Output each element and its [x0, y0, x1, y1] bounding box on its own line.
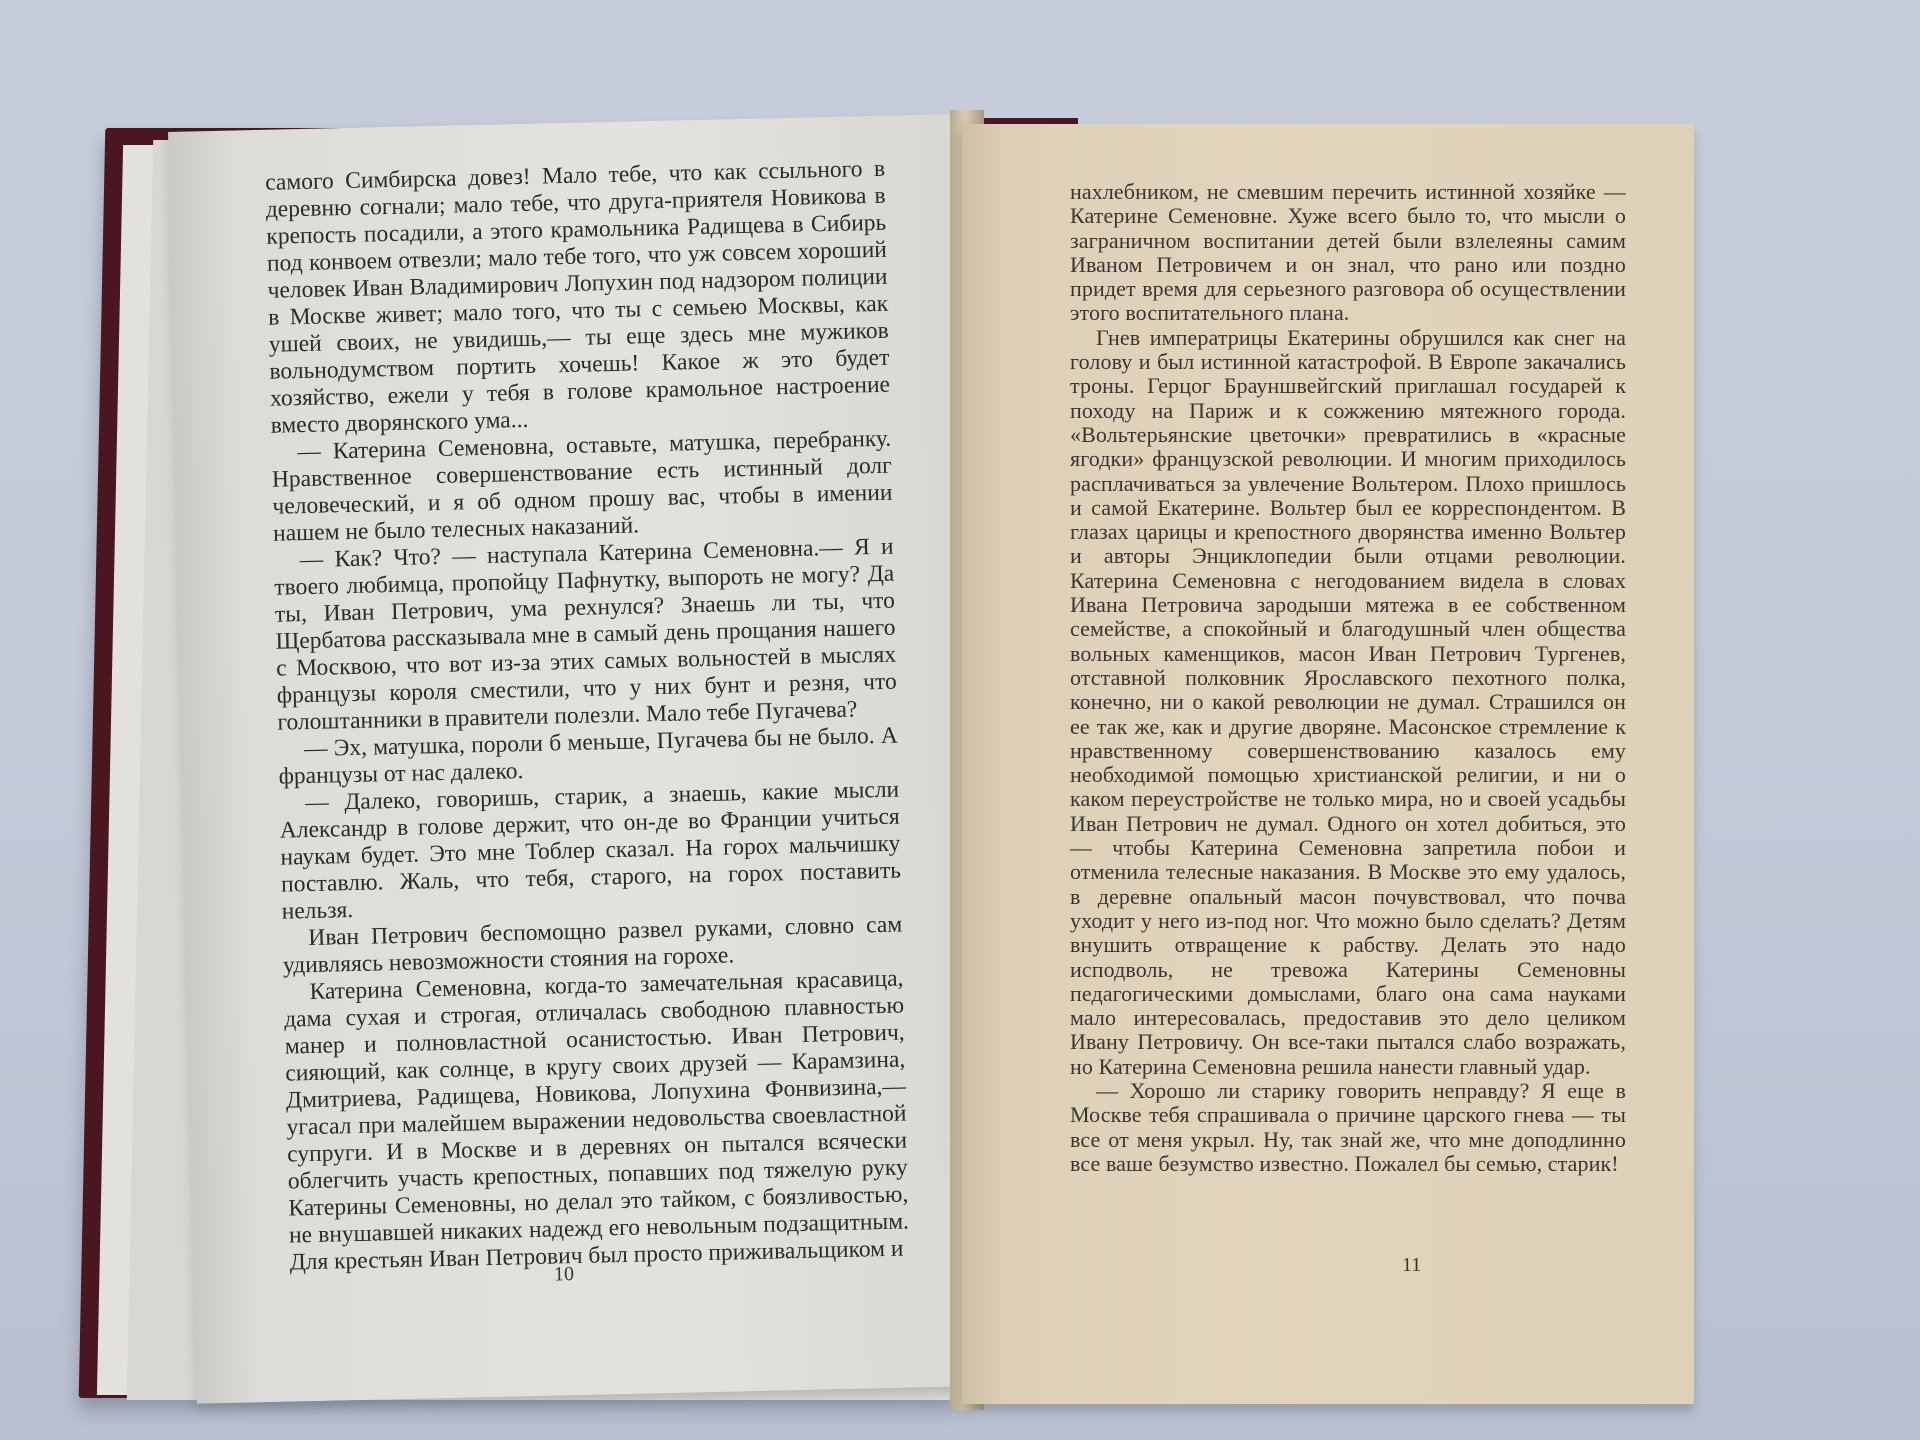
- paragraph: нахлебником, не смевшим перечить истинно…: [1070, 180, 1626, 326]
- paragraph: Катерина Семеновна, когда-то замечательн…: [283, 966, 910, 1277]
- right-page-text: нахлебником, не смевшим перечить истинно…: [1070, 180, 1626, 1176]
- paragraph: — Хорошо ли старику говорить неправду? Я…: [1070, 1079, 1626, 1176]
- page-number-left: 10: [554, 1263, 575, 1286]
- paragraph: — Катерина Семеновна, оставьте, матушка,…: [271, 426, 893, 548]
- left-page: самого Симбирска довез! Мало тебе, что к…: [168, 114, 997, 1404]
- photo-scene: самого Симбирска довез! Мало тебе, что к…: [0, 0, 1920, 1440]
- page-number-right: 11: [1402, 1254, 1421, 1277]
- paragraph: — Как? Что? — наступала Катерина Семенов…: [273, 534, 897, 737]
- paragraph: самого Симбирска довез! Мало тебе, что к…: [265, 156, 891, 440]
- paragraph: Гнев императрицы Екатерины обрушился как…: [1070, 326, 1626, 1079]
- left-page-text: самого Симбирска довез! Мало тебе, что к…: [265, 156, 910, 1277]
- right-page: нахлебником, не смевшим перечить истинно…: [962, 124, 1694, 1404]
- paragraph: — Далеко, говоришь, старик, а знаешь, ка…: [279, 777, 902, 926]
